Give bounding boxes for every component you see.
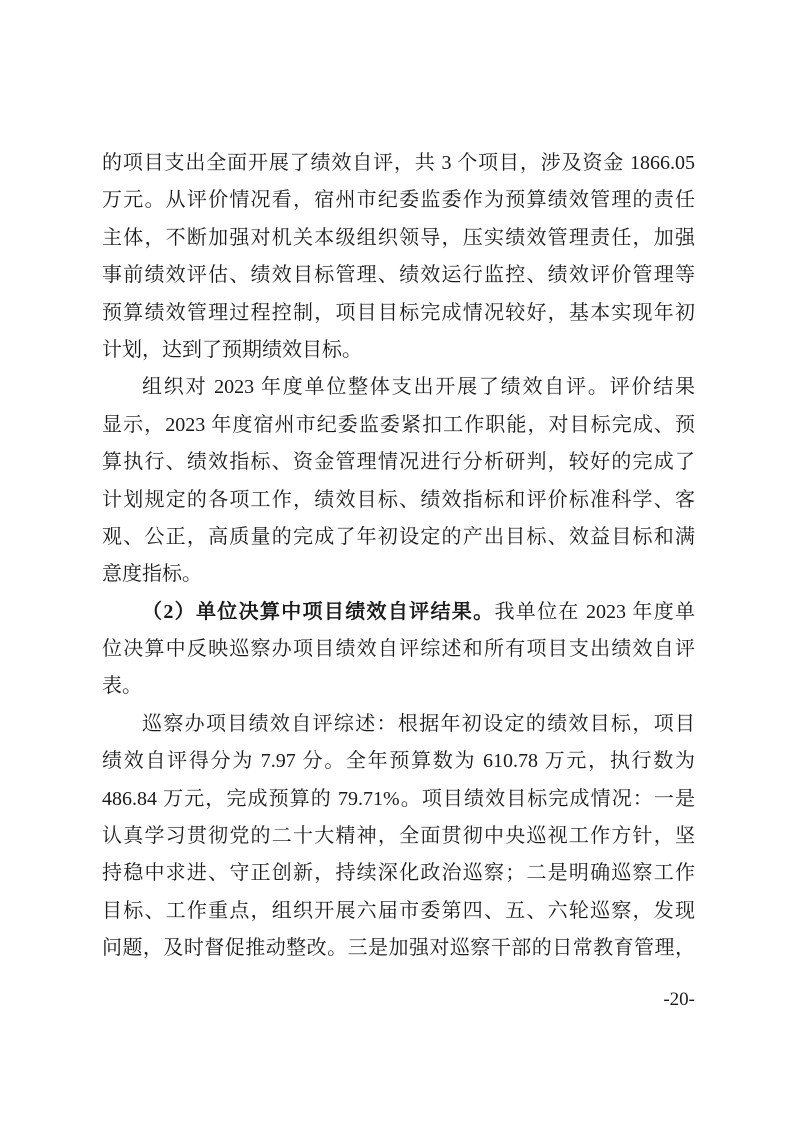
body-text: 显示，2023 年度宿州市纪委监委紧扣工作职能，对目标完成、预: [102, 414, 695, 436]
text-line: 算执行、绩效指标、资金管理情况进行分析研判，较好的完成了: [102, 444, 695, 481]
body-text: 绩效自评得分为 7.97 分。全年预算数为 610.78 万元，执行数为: [102, 750, 695, 772]
text-line: 计划规定的各项工作，绩效目标、绩效指标和评价标准科学、客: [102, 482, 695, 519]
body-text: 算执行、绩效指标、资金管理情况进行分析研判，较好的完成了: [102, 451, 695, 473]
text-line: 事前绩效评估、绩效目标管理、绩效运行监控、绩效评价管理等: [102, 257, 695, 294]
page-number: -20-: [102, 988, 695, 1012]
text-line: 观、公正，高质量的完成了年初设定的产出目标、效益目标和满: [102, 519, 695, 556]
document-page: 的项目支出全面开展了绩效自评，共 3 个项目，涉及资金 1866.05万元。从评…: [0, 0, 793, 1122]
text-line: （2）单位决算中项目绩效自评结果。我单位在 2023 年度单: [102, 594, 695, 631]
body-text: 计划规定的各项工作，绩效目标、绩效指标和评价标准科学、客: [102, 489, 695, 511]
body-text: 万元。从评价情况看，宿州市纪委监委作为预算绩效管理的责任: [102, 189, 695, 211]
text-line: 计划，达到了预期绩效目标。: [102, 332, 695, 369]
body-text: 事前绩效评估、绩效目标管理、绩效运行监控、绩效评价管理等: [102, 264, 695, 286]
text-line: 意度指标。: [102, 556, 695, 593]
text-line: 组织对 2023 年度单位整体支出开展了绩效自评。评价结果: [102, 369, 695, 406]
body-text: 表。: [102, 675, 142, 697]
body-text: 问题，及时督促推动整改。三是加强对巡察干部的日常教育管理，: [102, 937, 695, 959]
body-text: 持稳中求进、守正创新，持续深化政治巡察；二是明确巡察工作: [102, 862, 695, 884]
text-line: 万元。从评价情况看，宿州市纪委监委作为预算绩效管理的责任: [102, 182, 695, 219]
body-text: 观、公正，高质量的完成了年初设定的产出目标、效益目标和满: [102, 526, 695, 548]
body-text: 组织对 2023 年度单位整体支出开展了绩效自评。评价结果: [142, 376, 695, 398]
text-line: 显示，2023 年度宿州市纪委监委紧扣工作职能，对目标完成、预: [102, 407, 695, 444]
body-text: 我单位在 2023 年度单: [494, 601, 695, 623]
text-line: 认真学习贯彻党的二十大精神，全面贯彻中央巡视工作方针，坚: [102, 818, 695, 855]
body-text: 主体，不断加强对机关本级组织领导，压实绩效管理责任，加强: [102, 227, 695, 249]
body-text: 目标、工作重点，组织开展六届市委第四、五、六轮巡察，发现: [102, 900, 695, 922]
text-line: 持稳中求进、守正创新，持续深化政治巡察；二是明确巡察工作: [102, 855, 695, 892]
text-line: 目标、工作重点，组织开展六届市委第四、五、六轮巡察，发现: [102, 893, 695, 930]
body-text: 位决算中反映巡察办项目绩效自评综述和所有项目支出绩效自评: [102, 638, 695, 660]
body-text: 巡察办项目绩效自评综述：根据年初设定的绩效目标，项目: [142, 713, 695, 735]
bold-text: （2）单位决算中项目绩效自评结果。: [142, 601, 494, 623]
body-text: 计划，达到了预期绩效目标。: [102, 339, 362, 361]
text-line: 主体，不断加强对机关本级组织领导，压实绩效管理责任，加强: [102, 220, 695, 257]
body-text: 486.84 万元，完成预算的 79.71%。项目绩效目标完成情况：一是: [102, 788, 695, 810]
body-text: 预算绩效管理过程控制，项目目标完成情况较好，基本实现年初: [102, 302, 695, 324]
body-text: 认真学习贯彻党的二十大精神，全面贯彻中央巡视工作方针，坚: [102, 825, 695, 847]
text-line: 预算绩效管理过程控制，项目目标完成情况较好，基本实现年初: [102, 295, 695, 332]
text-line: 位决算中反映巡察办项目绩效自评综述和所有项目支出绩效自评: [102, 631, 695, 668]
body-text: 意度指标。: [102, 563, 202, 585]
text-line: 巡察办项目绩效自评综述：根据年初设定的绩效目标，项目: [102, 706, 695, 743]
text-line: 的项目支出全面开展了绩效自评，共 3 个项目，涉及资金 1866.05: [102, 145, 695, 182]
body-text: 的项目支出全面开展了绩效自评，共 3 个项目，涉及资金 1866.05: [102, 152, 695, 174]
text-line: 问题，及时督促推动整改。三是加强对巡察干部的日常教育管理，: [102, 930, 695, 967]
text-line: 表。: [102, 668, 695, 705]
text-body: 的项目支出全面开展了绩效自评，共 3 个项目，涉及资金 1866.05万元。从评…: [102, 145, 695, 968]
text-line: 绩效自评得分为 7.97 分。全年预算数为 610.78 万元，执行数为: [102, 743, 695, 780]
text-line: 486.84 万元，完成预算的 79.71%。项目绩效目标完成情况：一是: [102, 781, 695, 818]
